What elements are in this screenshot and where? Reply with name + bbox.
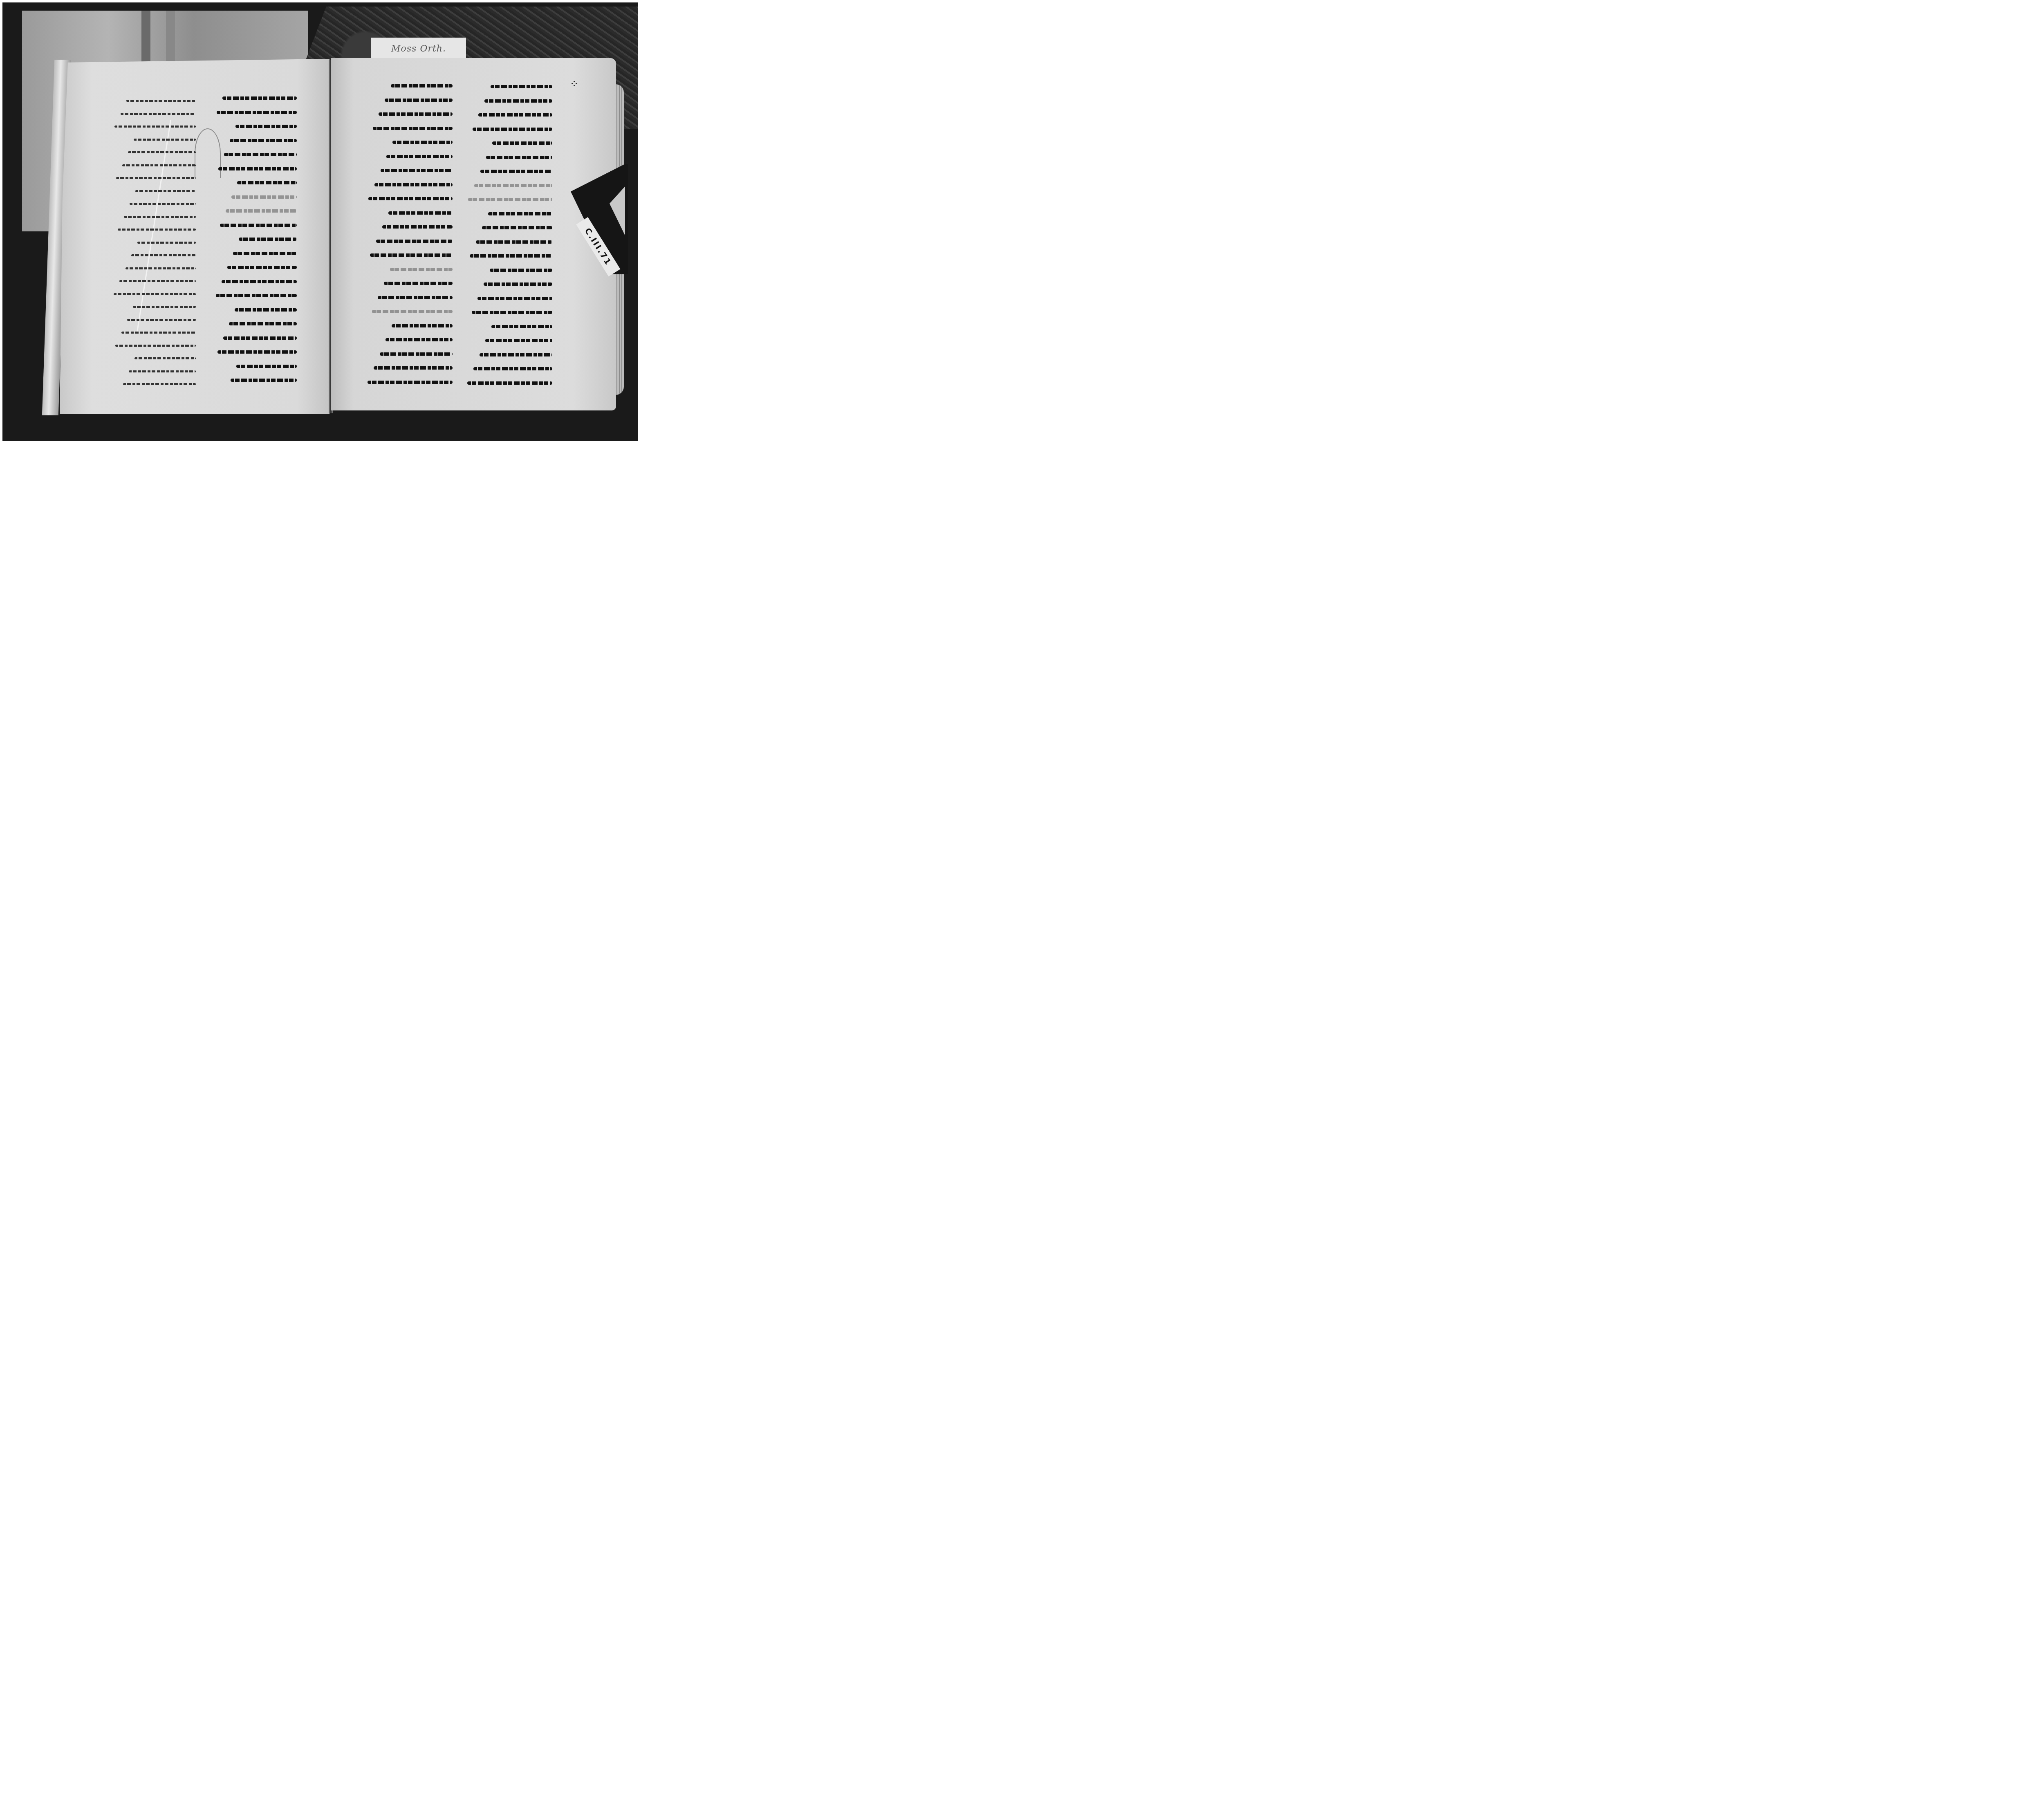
manuscript-text-line <box>128 151 196 153</box>
manuscript-text-line <box>220 224 297 227</box>
text-column-right-outer <box>466 85 552 395</box>
manuscript-text-line <box>123 383 196 385</box>
manuscript-text-line <box>118 229 196 231</box>
manuscript-text-line <box>492 141 552 145</box>
manuscript-text-line <box>392 324 453 327</box>
manuscript-text-line <box>121 332 196 334</box>
shelf-tag: C.III.71 <box>571 164 628 274</box>
manuscript-text-line <box>114 126 196 128</box>
manuscript-text-line <box>119 280 196 282</box>
manuscript-text-line <box>231 379 297 382</box>
manuscript-text-line <box>233 252 297 255</box>
manuscript-text-line <box>384 282 453 285</box>
manuscript-text-line <box>222 96 297 100</box>
manuscript-text-line <box>474 184 552 187</box>
manuscript-text-line <box>237 181 297 184</box>
manuscript-text-line <box>373 127 453 130</box>
manuscript-text-line <box>223 336 297 340</box>
manuscript-text-line <box>217 350 297 354</box>
manuscript-text-line <box>385 338 453 341</box>
manuscript-text-line <box>468 198 552 201</box>
manuscript-text-line <box>129 370 196 372</box>
manuscript-text-line <box>127 319 196 321</box>
manuscript-text-line <box>231 195 297 199</box>
manuscript-text-line <box>473 367 552 370</box>
manuscript-text-line <box>126 100 196 102</box>
manuscript-text-line <box>490 269 552 272</box>
catalog-label: Moss Orth. <box>371 38 466 60</box>
manuscript-text-line <box>134 357 196 359</box>
manuscript-text-line <box>372 310 453 313</box>
manuscript-text-line <box>368 381 453 384</box>
manuscript-text-line <box>484 99 552 103</box>
manuscript-text-line <box>130 203 196 205</box>
manuscript-text-line <box>135 190 196 192</box>
manuscript-text-line <box>379 112 453 116</box>
manuscript-text-line <box>388 211 453 215</box>
manuscript-text-line <box>133 306 196 308</box>
manuscript-text-line <box>380 352 453 356</box>
manuscript-text-line <box>482 226 552 229</box>
manuscript-text-line <box>236 365 297 368</box>
manuscript-text-line <box>222 280 297 283</box>
text-column-left-inner <box>215 96 297 393</box>
manuscript-text-line <box>374 366 453 370</box>
manuscript-text-line <box>477 297 552 300</box>
manuscript-text-line <box>121 113 196 115</box>
manuscript-text-line <box>385 99 453 102</box>
manuscript-text-line <box>131 254 196 256</box>
manuscript-text-line <box>229 322 297 325</box>
manuscript-text-line <box>376 240 453 243</box>
manuscript-text-line <box>239 238 297 241</box>
four-dot-punctuation-icon <box>572 81 577 87</box>
photo-frame: Moss Orth. C.III.71 <box>2 2 638 441</box>
manuscript-text-line <box>370 253 453 257</box>
manuscript-text-line <box>114 293 196 295</box>
manuscript-text-line <box>381 169 453 172</box>
manuscript-text-line <box>484 282 552 286</box>
manuscript-text-line <box>485 339 552 342</box>
manuscript-text-line <box>467 381 552 385</box>
manuscript-text-line <box>226 209 297 213</box>
manuscript-text-line <box>473 128 552 131</box>
manuscript-text-line <box>116 177 196 179</box>
manuscript-text-line <box>491 85 552 88</box>
manuscript-text-line <box>392 141 453 144</box>
manuscript-text-line <box>391 84 453 87</box>
manuscript-text-line <box>390 268 453 271</box>
manuscript-text-line <box>216 294 297 297</box>
manuscript-text-line <box>217 111 297 114</box>
catalog-label-text: Moss Orth. <box>391 44 446 54</box>
left-page <box>60 59 329 414</box>
manuscript-text-line <box>235 125 297 128</box>
manuscript-text-line <box>122 164 196 166</box>
manuscript-text-line <box>480 353 553 356</box>
manuscript-text-line <box>488 212 553 215</box>
manuscript-text-line <box>480 170 552 173</box>
manuscript-text-line <box>478 113 552 117</box>
text-column-right-inner <box>367 84 453 395</box>
manuscript-text-line <box>486 156 552 159</box>
manuscript-text-line <box>382 225 453 229</box>
manuscript-text-line <box>235 308 297 312</box>
manuscript-text-line <box>227 266 297 269</box>
manuscript-text-line <box>491 325 552 328</box>
manuscript-text-line <box>115 345 196 347</box>
manuscript-text-line <box>470 254 552 258</box>
text-column-left-outer <box>112 100 196 396</box>
manuscript-text-line <box>386 155 453 158</box>
manuscript-text-line <box>134 139 196 141</box>
manuscript-text-line <box>224 153 297 156</box>
manuscript-text-line <box>368 197 453 200</box>
manuscript-text-line <box>137 242 196 244</box>
manuscript-text-line <box>230 139 297 142</box>
manuscript-text-line <box>374 183 453 186</box>
manuscript-text-line <box>124 216 196 218</box>
manuscript-text-line <box>378 296 453 299</box>
manuscript-text-line <box>476 240 552 244</box>
manuscript-text-line <box>472 311 552 314</box>
manuscript-text-line <box>218 167 297 170</box>
manuscript-text-line <box>126 267 196 269</box>
